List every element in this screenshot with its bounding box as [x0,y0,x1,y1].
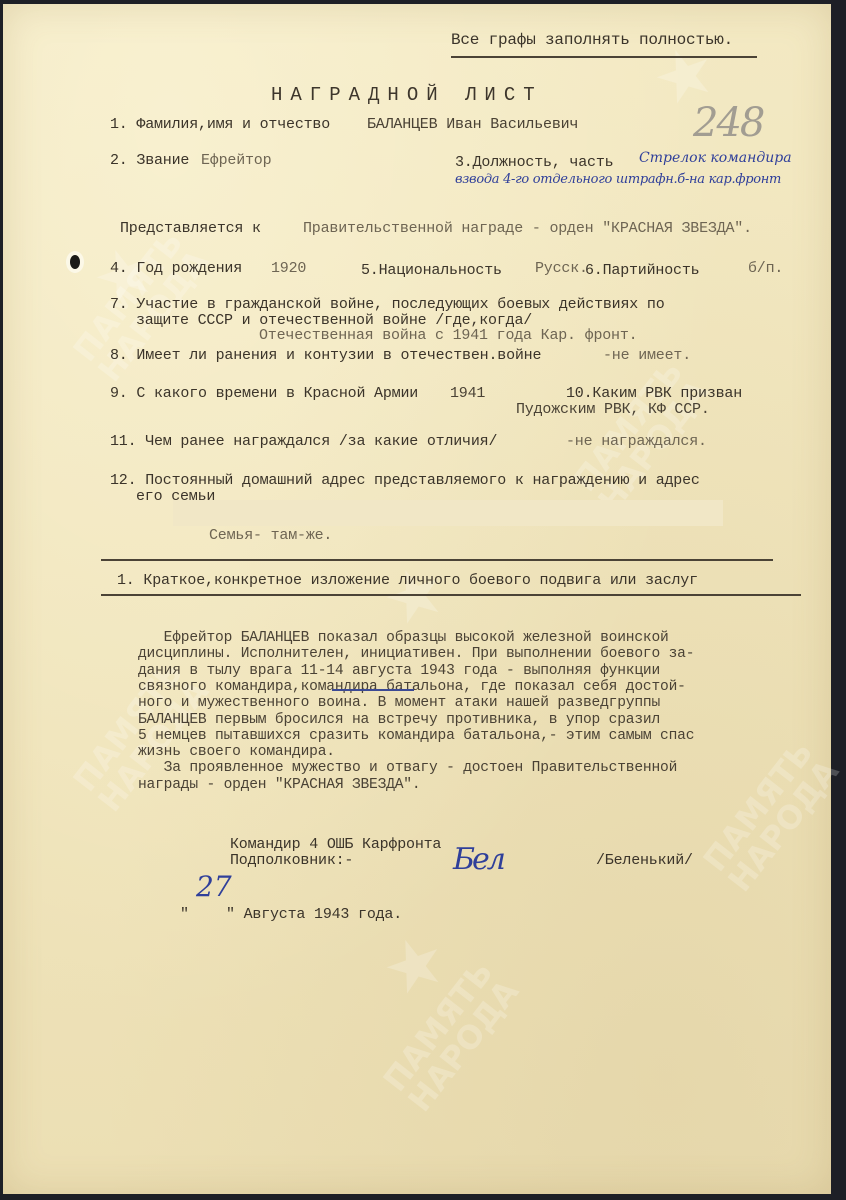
field-1-value: БАЛАНЦЕВ Иван Васильевич [367,116,578,133]
narrative-line: 5 немцев пытавшихся сразить командира ба… [138,728,694,744]
field-2-value: Ефрейтор [201,152,271,169]
date-day: 27 [196,870,232,903]
field-1-label: 1. Фамилия,имя и отчество [110,116,330,133]
narrative-line: За проявленное мужество и отвагу - досто… [138,760,677,776]
field-4-value: 1920 [271,260,306,277]
presented-value: Правительственной награде - орден "КРАСН… [303,220,752,237]
field-9-value: 1941 [450,385,485,402]
field-3-value-line2: взвода 4-го отдельного штрафн.б-на кар.ф… [455,172,781,187]
field-7-label-line1: 7. Участие в гражданской войне, последую… [110,296,665,313]
award-sheet-page: ★ ПАМЯТЬНАРОДА ★ ПАМЯТЬНАРОДА ★ ПАМЯТЬНА… [3,4,831,1194]
header-underline [451,56,757,58]
ink-strikethrough [332,689,414,691]
narrative-line: связного командира,командира батальона, … [138,679,686,695]
narrative-line: Ефрейтор БАЛАНЦЕВ показал образцы высоко… [138,630,669,646]
section-rule-top [101,559,773,561]
field-7-value: Отечественная война с 1941 года Кар. фро… [259,327,637,344]
field-8-value: -не имеет. [603,347,691,364]
field-8-label: 8. Имеет ли ранения и контузии в отечест… [110,347,541,364]
narrative-line: дисциплины. Исполнителен, инициативен. П… [138,646,694,662]
commander-title: Командир 4 ОШБ Карфронта [230,836,441,853]
header-note: Все графы заполнять полностью. [451,31,733,49]
signature-scrawl: Бел [453,842,503,877]
section-heading: 1. Краткое,конкретное изложение личного … [117,572,698,589]
field-3-label: 3.Должность, часть [455,154,613,171]
narrative-line: награды - орден "КРАСНАЯ ЗВЕЗДА". [138,777,420,793]
field-5-label: 5.Национальность [361,262,502,279]
narrative-line: жизнь своего командира. [138,744,335,760]
field-4-label: 4. Год рождения [110,260,242,277]
field-2-label: 2. Звание [110,152,189,169]
commander-name: /Беленький/ [596,852,693,869]
field-5-value: Русск. [535,260,588,277]
pencil-number: 248 [693,100,763,146]
punch-hole [70,255,80,269]
field-11-label: 11. Чем ранее награждался /за какие отли… [110,433,497,450]
presented-label: Представляется к [120,220,261,237]
date-open-quote: " [180,906,189,923]
field-12-label-line1: 12. Постоянный домашний адрес представля… [110,472,700,489]
redacted-address [173,500,723,526]
field-10-value: Пудожским РВК, КФ ССР. [516,401,710,418]
section-rule-bottom [101,594,801,596]
field-3-value-line1: Стрелок командира [639,150,792,166]
field-11-value: -не награждался. [566,433,707,450]
narrative-line: БАЛАНЦЕВ первым бросился на встречу прот… [138,712,660,728]
date-rest: " Августа 1943 года. [226,906,402,923]
field-9-label: 9. С какого времени в Красной Армии [110,385,418,402]
watermark-text: ПАМЯТЬНАРОДА [698,735,844,897]
field-12-value: Семья- там-же. [209,527,332,544]
commander-rank: Подполковник:- [230,852,353,869]
field-6-value: б/п. [748,260,783,277]
narrative-line: дания в тылу врага 11-14 августа 1943 го… [138,663,660,679]
narrative-line: ного и мужественного воина. В момент ата… [138,695,660,711]
field-6-label: 6.Партийность [585,262,699,279]
document-title: НАГРАДНОЙ ЛИСТ [271,84,543,106]
field-10-label: 10.Каким РВК призван [566,385,742,402]
